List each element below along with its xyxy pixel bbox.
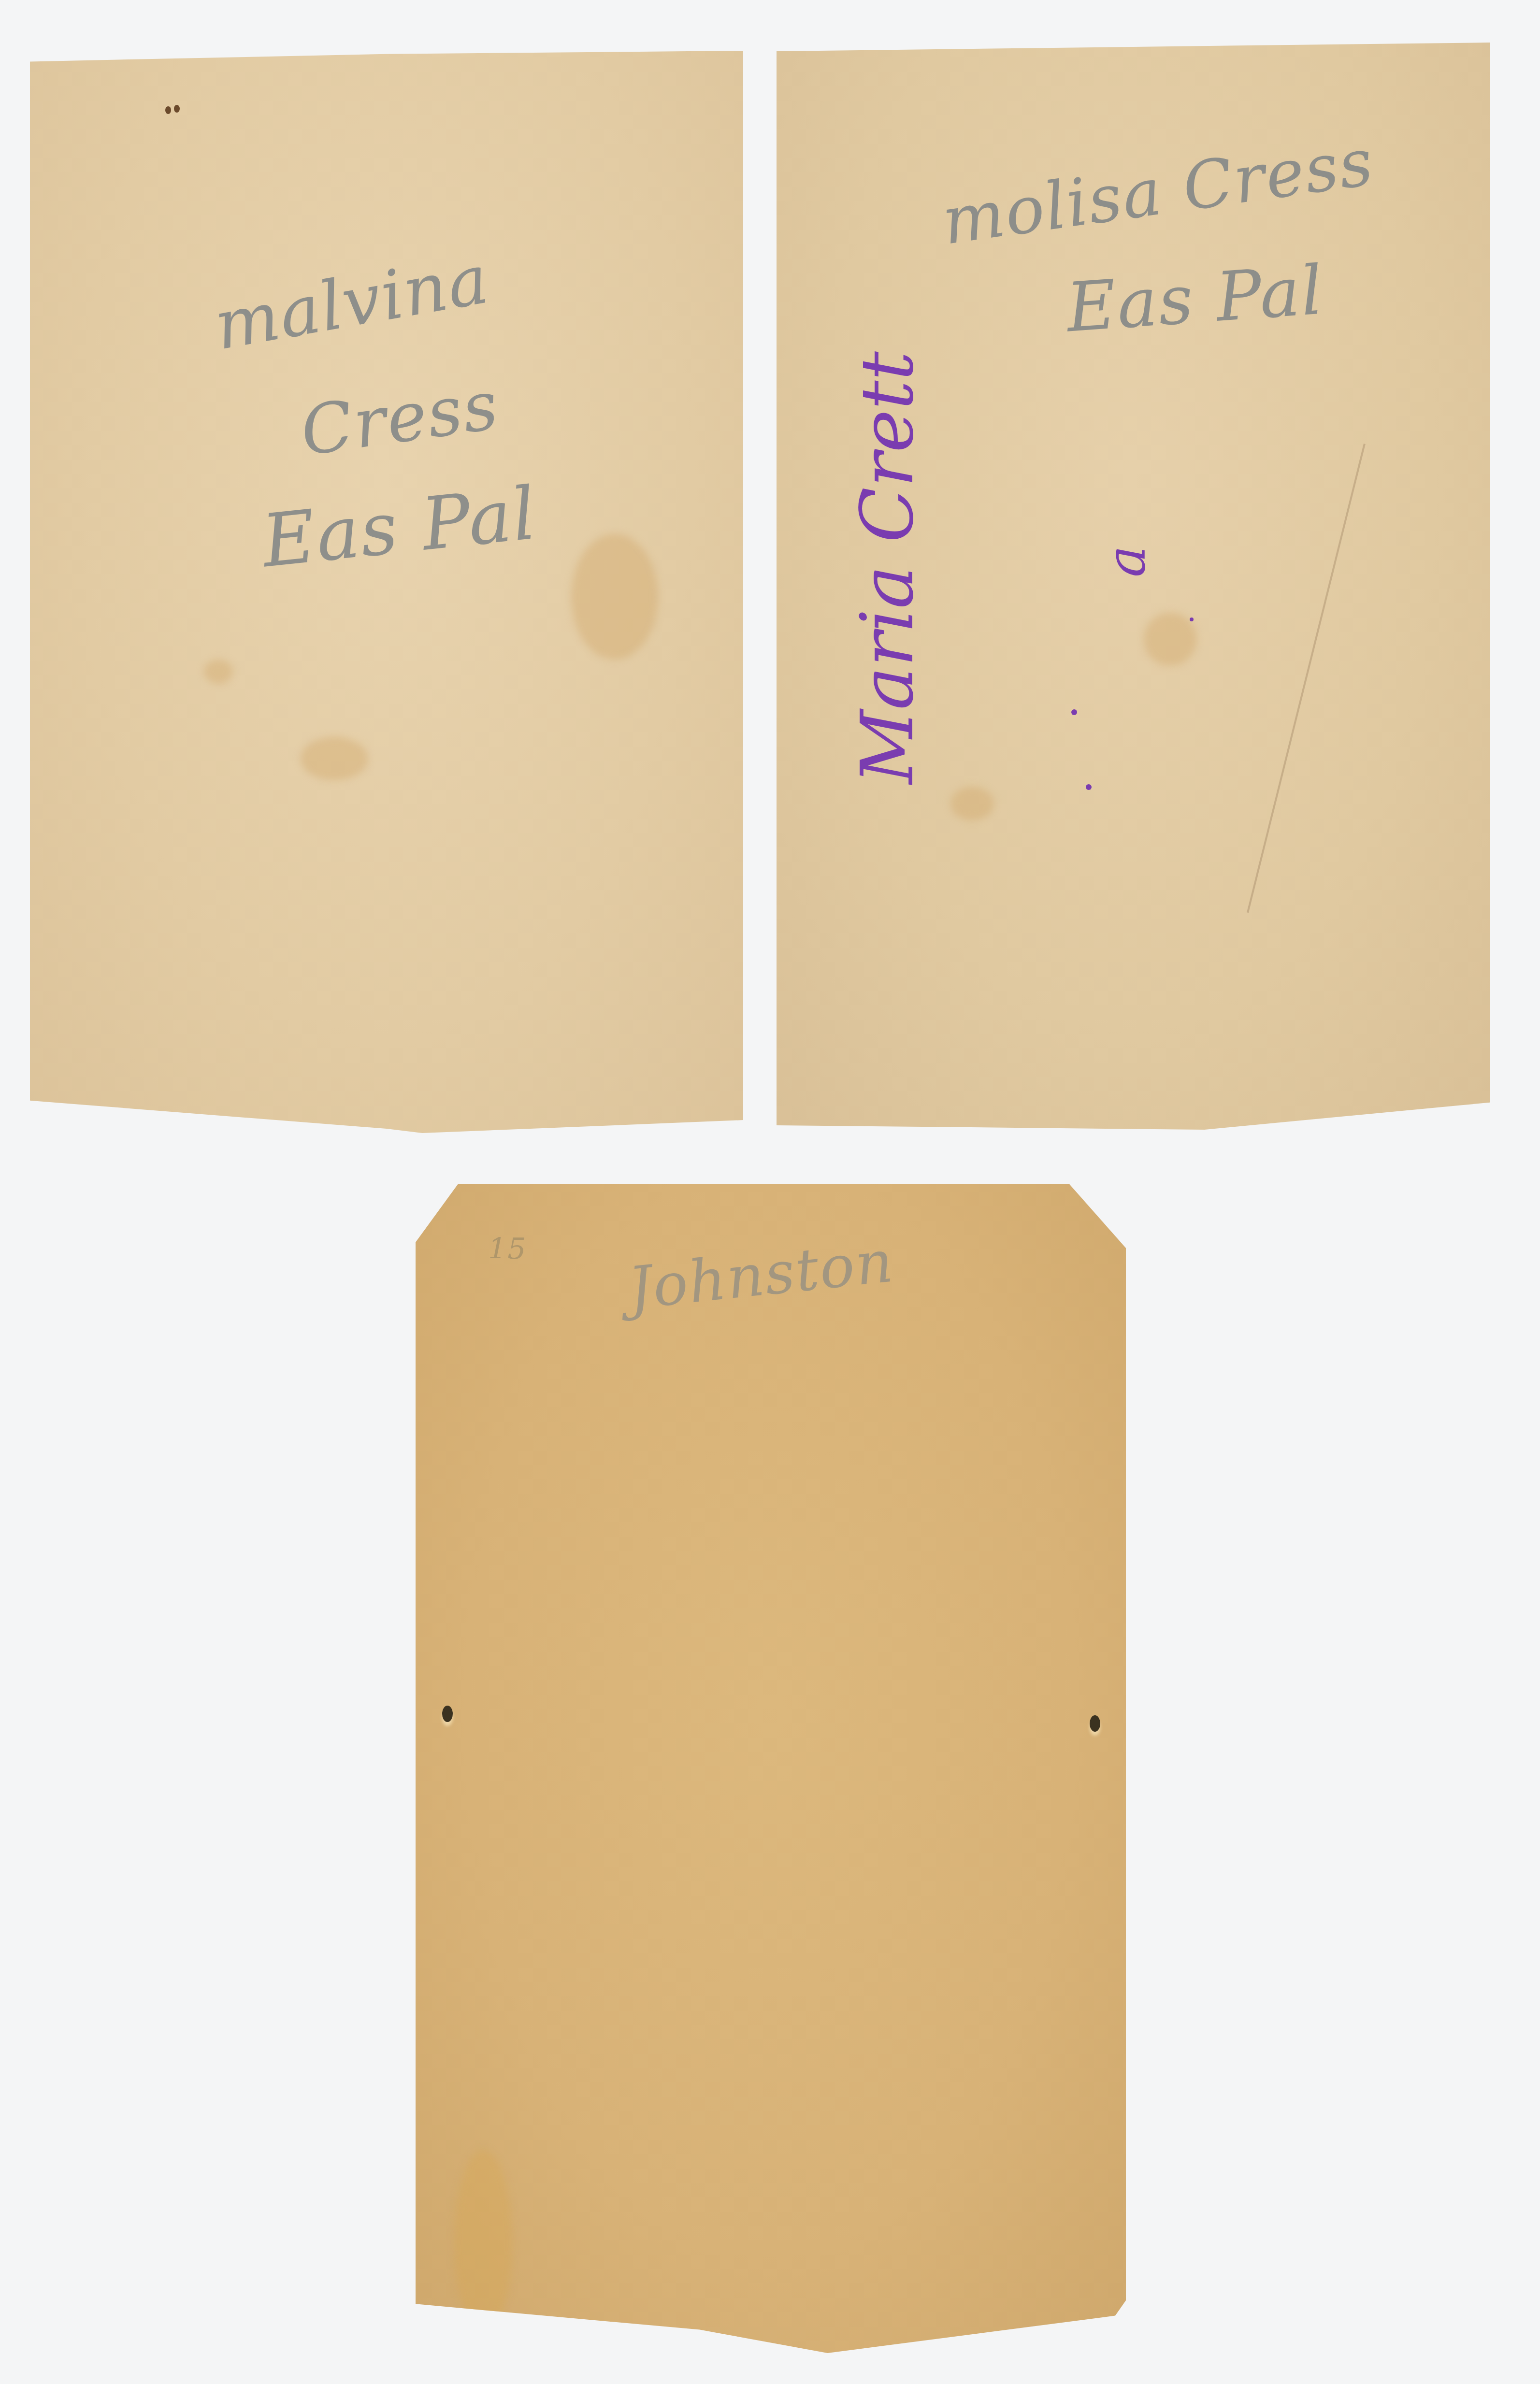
- ink-dot: [1071, 709, 1077, 715]
- pin-hole: [442, 1706, 453, 1722]
- purple-ink-vertical-name: Maria Crett: [846, 302, 930, 833]
- foxing-spot: [165, 106, 171, 114]
- pencil-note-place: Eas Pal: [258, 472, 540, 584]
- pencil-note-name: molisa Cress: [937, 124, 1378, 259]
- pencil-note-place: Eas Pal: [1064, 251, 1326, 348]
- ink-dot: [1190, 618, 1194, 621]
- pin-hole: [1090, 1715, 1100, 1732]
- foxing-spot: [174, 105, 180, 113]
- age-stain: [1144, 613, 1197, 666]
- photo-card-back-1: malvina Cress Eas Pal: [30, 51, 743, 1133]
- age-stain: [301, 737, 368, 780]
- age-stain: [204, 660, 233, 684]
- age-stain: [950, 787, 994, 820]
- purple-ink-mark: a: [1095, 546, 1157, 577]
- corner-mark: 15: [488, 1232, 527, 1266]
- paper-crease-line: [1247, 444, 1366, 913]
- pencil-note-surname: Johnston: [625, 1228, 897, 1323]
- pencil-note-surname: Cress: [296, 366, 504, 472]
- photo-card-back-2: molisa Cress Eas Pal Maria Crett a: [777, 43, 1490, 1130]
- ink-dot: [1086, 784, 1092, 790]
- photo-card-back-3: 15 Johnston: [416, 1184, 1126, 2353]
- age-stain: [571, 534, 658, 660]
- age-stain: [454, 2150, 512, 2334]
- pencil-note-first-name: malvina: [209, 240, 495, 366]
